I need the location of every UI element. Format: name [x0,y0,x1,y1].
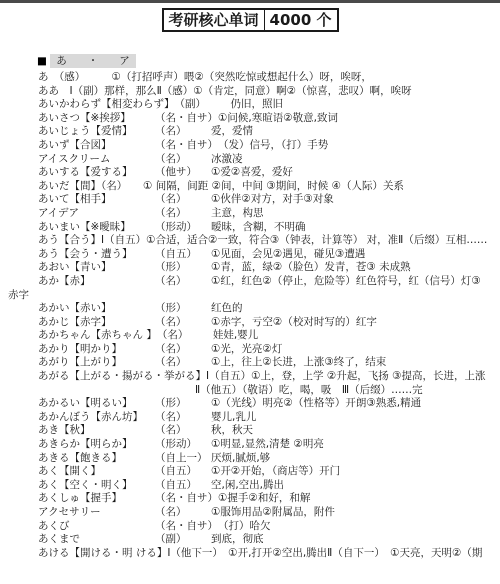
entry-meaning: 主意，构思 [211,207,500,221]
entry-row: あいじょう【爱情】（名）爱，爱情 [0,125,500,139]
entry-pos: （自五） [155,465,211,479]
entry-word: あいまい【※曖昧】 [38,221,155,235]
entry-row: あいだ【間】（名） ① 间隔，间距 ②间，中间 ③期间，时候 ④（人际）关系 [0,180,500,194]
entry-word: あいじょう【爱情】 [38,125,155,139]
entry-row: あがり【上がり】（名）①上，往上②长进，上涨③终了，结束 [0,356,500,370]
entry-row: あき【秋】（名）秋，秋天 [0,424,500,438]
title-area: 考研核心单词 4000 个 [0,8,500,32]
entry-row: アイスクリーム（名）冰激凌 [0,153,500,167]
entry-word: あくび [38,520,155,534]
entry-word: あきらか【明らか】 [38,438,155,452]
entry-pos: （副） [155,533,211,547]
entry-pos: （自上一） [155,452,211,466]
entry-word: あく【開く】 [38,465,155,479]
entry-word: あう【会う・遭う】 [38,248,155,262]
entry-word: あか【赤】 [38,275,155,289]
entry-word: あく【空く・明く】 [38,479,155,493]
entry-meaning: 娃娃,婴儿 [213,329,500,343]
entry-row: あがる【上がる・揚がる・挙がる】Ⅰ（自五）①上，登，上学 ②升起，飞扬 ③提高，… [0,370,500,384]
entry-pos: （名） [155,424,211,438]
entry-meaning: ①伙伴②对方，对手③对象 [211,193,500,207]
entry-word: あきる【飽きる】 [38,452,155,466]
entry-word: あいさつ【※挨拶】 [38,112,155,126]
entry-pos: （名・自サ） [155,492,218,506]
entry-word: あいする【爱する】 [38,166,155,180]
page-title-text: 考研核心单词 [164,10,264,30]
entry-word: あかんぼう【赤ん坊】 [38,411,155,425]
entry-row: あくまで（副）到底，彻底 [0,533,500,547]
entry-pos: （形） [155,261,211,275]
entry-meaning: 厌烦,腻烦,够 [211,452,500,466]
entry-meaning: ①开②开始，（商店等）开门 [211,465,500,479]
entry-pos: （名） [155,343,211,357]
entry-pos: （名） [155,275,211,289]
window-top-edge [0,0,500,3]
entry-row: あける【開ける・明 ける】Ⅰ（他下一） ①开,打开②空出,腾出Ⅱ（自下一） ①天… [0,547,500,561]
entry-continuation: Ⅱ（他五）（敬语）吃，喝，吸 Ⅲ（后缀）……完 [0,384,500,398]
entry-pos: （名） [155,411,211,425]
entry-meaning: 爱，爱情 [211,125,500,139]
entry-pos: （形） [155,397,211,411]
entry-word: あかい【赤い】 [38,302,155,316]
entry-row: あきる【飽きる】（自上一）厌烦,腻烦,够 [0,452,500,466]
entry-pos: （名） [155,506,211,520]
entry-meaning: ①光，光亮②灯 [211,343,500,357]
entry-meaning: 空,闲,空出,腾出 [211,479,500,493]
entry-row: あう【会う・遭う】（自五）①见面，会见②遇见，碰见③遭遇 [0,248,500,262]
section-bullet-icon: ■ [37,55,47,67]
entry-word: あがり【上がり】 [38,356,155,370]
entry-word: あいかわらず【相変わらず】 [38,98,175,112]
entry-row: あかい【赤い】（形）红色的 [0,302,500,316]
entry-word: あくしゅ【握手】 [38,492,155,506]
entry-pos: （名） [155,316,211,330]
entry-row: アイデア（名）主意，构思 [0,207,500,221]
entry-pos: （他サ） [155,166,211,180]
entry-row: あくしゅ【握手】（名・自サ）①握手②和好，和解 [0,492,500,506]
entry-row: あく【空く・明く】（自五）空,闲,空出,腾出 [0,479,500,493]
entry-word: あかじ【赤字】 [38,316,155,330]
entry-pos: （形动） [155,221,211,235]
entry-row: あかんぼう【赤ん坊】（名）婴儿,乳儿 [0,411,500,425]
entry-word: あくまで [38,533,155,547]
entry-meaning: ①见面，会见②遇见，碰见③遭遇 [211,248,500,262]
entry-word: あおい【青い】 [38,261,155,275]
entry-word: あかるい【明るい】 [38,397,155,411]
entry-row: あおい【青い】（形）①青，蓝，绿②（脸色）发青，苍③ 未成熟 [0,261,500,275]
entry-meaning: ①上，往上②长进，上涨③终了，结束 [211,356,500,370]
entry-pos: （自五） [155,479,211,493]
entry-meaning: ①红，红色②（停止，危险等）红色符号，红（信号）灯③ [211,275,500,289]
entry-meaning: （发）信号，（打）手势 [218,139,500,153]
entry-pos: （名） [157,329,213,343]
entry-row: あいかわらず【相変わらず】（副）仍旧，照旧 [0,98,500,112]
entry-word: あいず【合図】 [38,139,155,153]
entry-pos: （副） [175,98,231,112]
entry-word: アクセサリー [38,506,155,520]
entry-pos: （名・自サ） [155,112,218,126]
entry-word: あかちゃん【赤ちゃん 】 [38,329,157,343]
entry-row: あかるい【明るい】（形）①（光线）明亮②（性格等）开朗③熟悉,精通 [0,397,500,411]
vocabulary-document: ■ あ ・ ア あ （感） ①（打招呼声）喂②（突然吃惊或想起什么）呀，唉呀，あ… [0,54,500,560]
entry-meaning: 仍旧，照旧 [231,98,500,112]
entry-row: アクセサリー（名）①服饰用品②附属品，附件 [0,506,500,520]
entry-meaning: ①青，蓝，绿②（脸色）发青，苍③ 未成熟 [211,261,500,275]
entry-pos: （名） [155,207,211,221]
entry-meaning: ①赤字，亏空②（校对时写的）红字 [211,316,500,330]
section-label: あ ・ ア [50,54,136,68]
section-header: ■ あ ・ ア [0,54,500,68]
entry-meaning: ①握手②和好，和解 [218,492,500,506]
entry-row: あう【合う】Ⅰ（自五）①合适，适合②一致，符合③（钟表，计算等） 对，准Ⅱ（后缀… [0,234,500,248]
entry-meaning: ①明显,显然,清楚 ②明亮 [211,438,500,452]
entry-meaning: ①服饰用品②附属品，附件 [211,506,500,520]
entry-meaning: 到底，彻底 [211,533,500,547]
entry-word: アイデア [38,207,155,221]
entry-meaning: ①问候,寒暄语②敬意,致词 [218,112,500,126]
entry-continuation: 赤字 [0,289,500,303]
entry-row: あいする【爱する】（他サ）①爱②喜爱，爱好 [0,166,500,180]
entry-meaning: （打）哈欠 [218,520,500,534]
page-title: 考研核心单词 4000 个 [162,8,339,32]
entry-meaning: ①（光线）明亮②（性格等）开朗③熟悉,精通 [211,397,500,411]
entry-row: あいず【合図】（名・自サ）（发）信号，（打）手势 [0,139,500,153]
entry-row: あか【赤】（名）①红，红色②（停止，危险等）红色符号，红（信号）灯③ [0,275,500,289]
entry-pos: （名） [155,193,211,207]
entry-pos: （自五） [155,248,211,262]
entry-meaning: 婴儿,乳儿 [211,411,500,425]
entry-word: あいて【相手】 [38,193,155,207]
entry-row: あくび（名・自サ）（打）哈欠 [0,520,500,534]
entry-meaning: ①爱②喜爱，爱好 [211,166,500,180]
entry-row: あかり【明かり】（名）①光，光亮②灯 [0,343,500,357]
entry-row: あきらか【明らか】（形动）①明显,显然,清楚 ②明亮 [0,438,500,452]
entry-meaning: 红色的 [211,302,500,316]
entry-row: あいさつ【※挨拶】（名・自サ）①问候,寒暄语②敬意,致词 [0,112,500,126]
entry-meaning: 暧昧，含糊，不明确 [211,221,500,235]
entry-pos: （名・自サ） [155,139,218,153]
entry-row: あく【開く】（自五）①开②开始，（商店等）开门 [0,465,500,479]
entry-pos: （名） [155,356,211,370]
entry-row: あいて【相手】（名）①伙伴②对方，对手③对象 [0,193,500,207]
entry-pos: （名） [155,125,211,139]
entry-row: あ （感） ①（打招呼声）喂②（突然吃惊或想起什么）呀，唉呀， [0,71,500,85]
entry-meaning: 秋，秋天 [211,424,500,438]
entry-row: あかじ【赤字】（名）①赤字，亏空②（校对时写的）红字 [0,316,500,330]
entry-row: あかちゃん【赤ちゃん 】（名）娃娃,婴儿 [0,329,500,343]
entry-word: アイスクリーム [38,153,155,167]
entry-meaning: 冰激凌 [211,153,500,167]
entry-row: あいまい【※曖昧】（形动）暧昧，含糊，不明确 [0,221,500,235]
entry-pos: （名・自サ） [155,520,218,534]
entry-row: ああ Ⅰ（副）那样，那么Ⅱ（感）①（肯定，同意）啊②（惊喜，悲叹）啊，唉呀 [0,85,500,99]
entry-pos: （形动） [155,438,211,452]
entry-word: あき【秋】 [38,424,155,438]
entry-list: あ （感） ①（打招呼声）喂②（突然吃惊或想起什么）呀，唉呀，ああ Ⅰ（副）那样… [0,71,500,560]
entry-pos: （名） [155,153,211,167]
entry-pos: （形） [155,302,211,316]
entry-word: あかり【明かり】 [38,343,155,357]
page-title-count: 4000 个 [264,10,337,30]
